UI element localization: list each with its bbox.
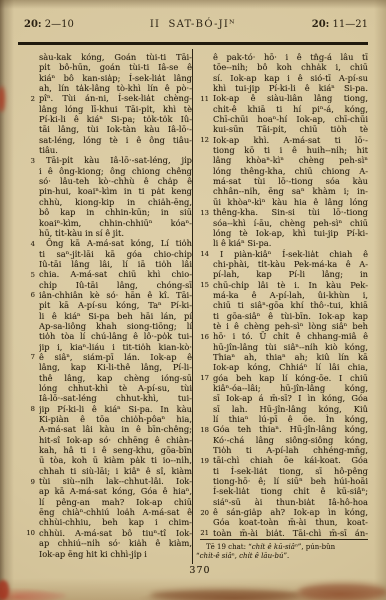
verse-text: tāi lâng, tùi Iok-tàn kàu Iâ-lō·- <box>39 124 192 134</box>
text-line: sī Iok-ap á m̄-sī? I ìn kóng, Góa <box>196 393 368 403</box>
verse-text: ti Í-sek-lia̍t tiong, sī hô-pêng <box>213 466 368 476</box>
text-line: sàu-kak kóng, Goán tùi-ti Tāi- <box>22 52 192 62</box>
verse-text: sī lah. Hū-jîn-lâng kóng, Kiû <box>213 404 368 414</box>
verse-text: Góa teh thiaⁿ. Hū-jîn-lâng kóng, <box>213 424 368 434</box>
verse-text: Pí-ki-li ê kiáⁿ Si-pa; to̍k-to̍k Iû- <box>39 114 192 124</box>
verse-number: 19 <box>196 456 209 466</box>
left-column: sàu-kak kóng, Goán tùi-ti Tāi-pi̍t bô-hū… <box>22 52 192 559</box>
verse-number: 11 <box>196 94 209 104</box>
text-line: kiáⁿ bô kan-sia̍p; Í-sek-lia̍t lâng <box>22 73 192 83</box>
paper-stain <box>298 583 386 600</box>
text-line: Tio̍h ti A-pí-lah chhéng-mn̄g, <box>196 445 368 455</box>
verse-text: lí thiaⁿ lú-pī ê ōe. Ìn kóng, <box>213 414 368 424</box>
text-line: jip i, kiaⁿ-liáu i tit-tio̍h kian-kò· <box>22 342 192 352</box>
verse-text: chi̍t-ê khiā ti hí piⁿ-á, kóng, <box>213 104 368 114</box>
verse-text: A-má-sat lâi kàu in ê bīn-chêng; <box>39 424 192 434</box>
verse-text: chhùi. A-má-sat bô tiuⁿ-tî Iok- <box>39 528 192 538</box>
verse-text: tiong kō ti i ê huih--ni̍h; hit <box>213 145 368 155</box>
right-column: ê pak-tó· hō· i ê tn̂g-á lâu tītōe--ni̍h… <box>196 52 368 538</box>
verse-text: li ê kiáⁿ Si-pa beh hāi lán, pí <box>39 311 192 321</box>
verse-number: 15 <box>196 280 209 290</box>
text-line: 15chū-chi̍p lâi tè i. In kàu Pek- <box>196 280 368 290</box>
text-line: pin-hui, koaiⁿ-kìm in ti pa̍t keng <box>22 186 192 196</box>
verse-text: jip Pí-ki-li ê kiáⁿ Si-pa. In kàu <box>39 404 192 414</box>
verse-text: i ê ông-kiong; ông chiong chêng <box>39 166 192 176</box>
verse-text: hū, ti̍t-kàu in sí ê ji̍t. <box>39 228 192 238</box>
verse-text: chhù, kiong-kip in chia̍h-ēng, <box>39 197 192 207</box>
verse-range-left: 20: 2—10 <box>24 19 74 30</box>
verse-text: Kó·-chá lâng siông-siông kóng, <box>213 435 368 445</box>
footnote-line: “chi̍t-ê siâⁿ, chi̍t ê lāu-bú”. <box>196 552 368 561</box>
verse-number: 5 <box>22 270 35 280</box>
text-line: tiâu. <box>22 145 192 155</box>
text-line: 11Iok-ap ê siàu-liân lâng tiong, <box>196 93 368 103</box>
text-line: hū-jîn-lâng tùi siâⁿ--ni̍h kiò kóng, <box>196 342 368 352</box>
text-line: 7ê siâⁿ, siám-pī lán. Iok-ap ê <box>22 352 192 362</box>
text-line: 6iân-chhiân kè só· hān ê kî. Tāi- <box>22 290 192 300</box>
verse-text: má-sat tùi lō·-tiong sóa kàu <box>213 176 368 186</box>
text-line: ap chhiú--ni̍h só· kia̍h ê kiàm, <box>22 538 192 548</box>
verse-text: koaiⁿ-kìm, chhin-chhiūⁿ kóaⁿ- <box>39 218 192 228</box>
verse-text: ū tòa, koh ū kiàm pa̍k ti io--ni̍h, <box>39 455 192 465</box>
text-line: ap kā A-má-sat kóng, Góa ê hiaⁿ, <box>22 486 192 496</box>
verse-text: Iû-tāi lâng lâi, lí iā tio̍h lâi <box>39 259 192 269</box>
text-line: Ki-piàn ê tōa chio̍h-pôaⁿ hia, <box>22 414 192 424</box>
text-line: khì tui-jip Pí-ki-li ê kiáⁿ Si-pa. <box>196 83 368 93</box>
verse-text: hū-jîn-lâng tùi siâⁿ--ni̍h kiò kóng, <box>213 342 368 352</box>
text-line: kiâⁿ-óa--lâi; hū-jîn-lâng kóng, <box>196 383 368 393</box>
verse-number: 12 <box>196 135 209 145</box>
verse-text: Chī-chūi hoaⁿ-hí Iok-ap, chī-chūi <box>213 114 368 124</box>
footnote: Tē 19 chat: “chi̍t ê kū-siâⁿ”, pún-bûn “… <box>196 543 368 561</box>
verse-text: sat-léng, lóng tè i ê ông tiâu- <box>39 135 192 145</box>
text-line: tāi lâng, tùi Iok-tàn kàu Iâ-lō·- <box>22 124 192 134</box>
text-line: siáⁿ-sū ài thun-bia̍t Iâ-hô-hoa <box>196 497 368 507</box>
verse-text: toàn m̄-ài bia̍t. Tāi-chì m̄-sī án- <box>213 528 368 538</box>
book-page: 20: 2—10 II SAT-BÓ-JIᴺ 20: 11—21 sàu-kak… <box>0 0 386 600</box>
text-line: lâng lóng lī-khui Tāi-pi̍t, khì tè <box>22 104 192 114</box>
text-line: Iâ-lō·-sat-léng chhut-khì, tui- <box>22 393 192 403</box>
text-line: 3Tāi-pi̍t kàu Iâ-lō·-sat-léng, ji̍p <box>22 155 192 165</box>
text-line: Í-sek-lia̍t tiong chi̍t ê kū-siâⁿ; <box>196 486 368 496</box>
chapter-number: 20: <box>24 19 42 30</box>
text-line: 13thêng-kha. Sin-si tùi lō·-tiong <box>196 207 368 217</box>
text-line: sī lah. Hū-jîn-lâng kóng, Kiû <box>196 404 368 414</box>
text-line: Iok-ap kóng, Chhiáⁿ lí lâi chia, <box>196 362 368 372</box>
verse-text: ūi khòaⁿ-kìⁿ kàu hia ê lâng lóng <box>213 197 368 207</box>
verse-text: Iok-ap khì. A-má-sat ti lō·- <box>213 135 368 145</box>
verse-text: ēng chiàⁿ-chhiú loa̍h A-má-sat ê <box>39 507 192 517</box>
text-line: pi̍t kā A-pí-su kóng, Taⁿ Pí-ki- <box>22 300 192 310</box>
verse-text: jip i, kiaⁿ-liáu i tit-tio̍h kian-kò· <box>39 342 192 352</box>
verse-number: 7 <box>22 352 35 362</box>
verse-text: Tāi-pi̍t kàu Iâ-lō·-sat-léng, ji̍p <box>39 155 192 165</box>
chapter-number: 20: <box>312 19 330 30</box>
text-line: chi̍p Iû-tāi lâng, chóng-sī <box>22 280 192 290</box>
footnote-text: Tē 19 chat: “ <box>206 543 252 551</box>
verse-number: 18 <box>196 425 209 435</box>
text-line: chiū ti siâⁿ-gōa khí thô·-tui, khiā <box>196 300 368 310</box>
text-line: 16hō· i tó. Ū chi̍t ê chhang-miâ ê <box>196 331 368 341</box>
verse-text: chiū ti siâⁿ-gōa khí thô·-tui, khiā <box>213 300 368 310</box>
text-line: 14I piàn-kiâⁿ Í-sek-lia̍t chiah ê <box>196 249 368 259</box>
verse-text: Í-sek-lia̍t tiong chi̍t ê kū-siâⁿ; <box>213 486 368 496</box>
text-line: thê lâng, kap chèng ióng-sū <box>22 373 192 383</box>
verse-text: ê sán-gia̍p ah? Iok-ap ìn kóng, <box>213 507 368 517</box>
verse-text: ê pak-tó· hō· i ê tn̂g-á lâu tī <box>213 52 368 62</box>
text-line: Ap-sa-liông khah siong-tiōng; lí <box>22 321 192 331</box>
verse-text: hit-sî Iok-ap só· chhēng ê chiàn- <box>39 435 192 445</box>
paper-stain <box>150 589 300 600</box>
text-line: chhah ti siù-lāi; i kiâⁿ ê sî, kiàm <box>22 466 192 476</box>
paper-stain <box>0 580 9 600</box>
text-line: 9tùi siù--ni̍h lak--chhut-lâi. Iok- <box>22 476 192 486</box>
text-line: Kó·-chá lâng siông-siông kóng, <box>196 435 368 445</box>
text-line: hū, ti̍t-kàu in sí ê ji̍t. <box>22 228 192 238</box>
verse-range-right: 20: 11—21 <box>312 19 368 30</box>
verse-text: lí pêng-an mah? Iok-ap chiū <box>39 497 192 507</box>
text-line: tè i ê chèng peh-sìⁿ lòng siâⁿ beh <box>196 321 368 331</box>
text-line: hit-sî Iok-ap só· chhēng ê chiàn- <box>22 435 192 445</box>
verse-text: pîⁿ. Tùi án-ni, Í-sek-lia̍t chèng- <box>39 93 192 103</box>
text-line: kah, hâ ti i ê seng-khu, gōa-bīn <box>22 445 192 455</box>
text-line: lâng khòaⁿ-kìⁿ chèng peh-sìⁿ <box>196 155 368 165</box>
page-number: 370 <box>0 565 386 576</box>
text-line: 8jip Pí-ki-li ê kiáⁿ Si-pa. In kàu <box>22 404 192 414</box>
text-line: li ê kiáⁿ Si-pa beh hāi lán, pí <box>22 311 192 321</box>
footnote-text: ”. <box>283 552 289 560</box>
text-line: só· lâu-teh kò·-chhù ê cha̍p ê <box>22 176 192 186</box>
text-line: lâng, kap Ki-li-thê lâng, Pí-li- <box>22 362 192 372</box>
text-line: A-má-sat lâi kàu in ê bīn-chêng; <box>22 424 192 434</box>
verse-text: lóng chhut-khì tè A-pí-su, tùi <box>39 383 192 393</box>
verse-text: tāi-chì chiah ōe kái-koat. Góa <box>213 455 368 465</box>
verse-text: pi̍t kā A-pí-su kóng, Taⁿ Pí-ki- <box>39 300 192 310</box>
footnote-rule <box>200 539 368 540</box>
footnote-quote: chi̍t ê kū-siâⁿ <box>252 543 298 551</box>
verse-text: thêng-kha. Sin-si tùi lō·-tiong <box>213 207 368 217</box>
verse-number: 2 <box>22 94 35 104</box>
verse-text: lâng, kap Ki-li-thê lâng, Pí-li- <box>39 362 192 372</box>
verse-text: má-ka ê A-pí-lah, ûi-khùn i, <box>213 290 368 300</box>
text-line: 2pîⁿ. Tùi án-ni, Í-sek-lia̍t chèng- <box>22 93 192 103</box>
verse-text: kui-sūn Tāi-pi̍t, chiū tio̍h tè <box>213 124 368 134</box>
paper-stain <box>0 86 5 112</box>
text-line: 21toàn m̄-ài bia̍t. Tāi-chì m̄-sī án- <box>196 528 368 538</box>
text-line: 19tāi-chì chiah ōe kái-koat. Góa <box>196 455 368 465</box>
text-line: 12Iok-ap khì. A-má-sat ti lō·- <box>196 135 368 145</box>
verse-text: Ap-sa-liông khah siong-tiōng; lí <box>39 321 192 331</box>
book-title: II SAT-BÓ-JIᴺ <box>150 19 236 30</box>
verse-text: só· lâu-teh kò·-chhù ê cha̍p ê <box>39 176 192 186</box>
verse-text: hō· i tó. Ū chi̍t ê chhang-miâ ê <box>213 331 368 341</box>
text-line: i ê ông-kiong; ông chiong chêng <box>22 166 192 176</box>
verse-text: Thiaⁿ ah, thiaⁿ ah; kiû lín kā <box>213 352 368 362</box>
paper-stain <box>14 592 66 600</box>
text-line: pi̍t bô-hūn, goán tùi-ti Iâ-se ê <box>22 62 192 72</box>
verse-text: li ê kiáⁿ Si-pa. <box>213 238 368 248</box>
verse-text: lóng tè Iok-ap, khì tui-jip Pí-ki- <box>213 228 368 238</box>
verse-text: ah, lín ta̍k-lâng tò-khì lín ê pò·- <box>39 83 192 93</box>
text-line: lóng chhut-khì tè A-pí-su, tùi <box>22 383 192 393</box>
text-line: ah, lín ta̍k-lâng tò-khì lín ê pò·- <box>22 83 192 93</box>
text-line: lóng thêng-kha, chiū chiong A- <box>196 166 368 176</box>
verse-text: ti saⁿ-ji̍t-lāi kā góa chio-chi̍p <box>39 249 192 259</box>
verse-text: kiâⁿ-óa--lâi; hū-jîn-lâng kóng, <box>213 383 368 393</box>
verse-number: 17 <box>196 373 209 383</box>
verse-number: 21 <box>196 528 209 538</box>
verse-text: tōe--ni̍h; bô koh chha̍k i, chiū <box>213 62 368 72</box>
text-line: 17góa beh kap lí kóng-ōe. I chiū <box>196 373 368 383</box>
text-line: tōe--ni̍h; bô koh chha̍k i, chiū <box>196 62 368 72</box>
text-line: Chī-chūi hoaⁿ-hí Iok-ap, chī-chūi <box>196 114 368 124</box>
verse-text: tio̍h tòa lí chú-lâng ê lô·-po̍k tui- <box>39 331 192 341</box>
text-line: ti saⁿ-ji̍t-lāi kā góa chio-chi̍p <box>22 249 192 259</box>
verse-text: tiong-hō· ê; lí siūⁿ beh húi-hoāi <box>213 476 368 486</box>
verse-number: 16 <box>196 332 209 342</box>
verse-text: lóng thêng-kha, chiū chiong A- <box>213 166 368 176</box>
verse-number: 6 <box>22 290 35 300</box>
verse-text: bô kap in chhin-kūn; in siū <box>39 207 192 217</box>
verse-text: sí. Iok-ap kap i ê sió-tī A-pí-su <box>213 73 368 83</box>
verse-number: 4 <box>22 239 35 249</box>
verse-text: chhùi-chhiu, beh kap i chim- <box>39 517 192 527</box>
verse-text: pin-hui, koaiⁿ-kìm in ti pa̍t keng <box>39 186 192 196</box>
verse-text: Tio̍h ti A-pí-lah chhéng-mn̄g, <box>213 445 368 455</box>
running-header: 20: 2—10 II SAT-BÓ-JIᴺ 20: 11—21 <box>24 19 368 30</box>
verse-text: tiâu. <box>39 145 192 155</box>
text-line: 4Ông kā A-má-sat kóng, Lí tio̍h <box>22 238 192 248</box>
verse-text: góa beh kap lí kóng-ōe. I chiū <box>213 373 368 383</box>
verse-text: Iâ-lō·-sat-léng chhut-khì, tui- <box>39 393 192 403</box>
text-line: chhùi-chhiu, beh kap i chim- <box>22 517 192 527</box>
verse-text: chū-chi̍p lâi tè i. In kàu Pek- <box>213 280 368 290</box>
text-line: li ê kiáⁿ Si-pa. <box>196 238 368 248</box>
text-line: koaiⁿ-kìm, chhin-chhiūⁿ kóaⁿ- <box>22 218 192 228</box>
text-line: 20ê sán-gia̍p ah? Iok-ap ìn kóng, <box>196 507 368 517</box>
text-line: ūi khòaⁿ-kìⁿ kàu hia ê lâng lóng <box>196 197 368 207</box>
text-line: bô kap in chhin-kūn; in siū <box>22 207 192 217</box>
verse-text: ti gōa-siâⁿ ê tùi-bīn. Iok-ap kap <box>213 311 368 321</box>
verse-text: kah, hâ ti i ê seng-khu, gōa-bīn <box>39 445 192 455</box>
text-line: tio̍h tòa lí chú-lâng ê lô·-po̍k tui- <box>22 331 192 341</box>
text-line: sí. Iok-ap kap i ê sió-tī A-pí-su <box>196 73 368 83</box>
footnote-quote: chi̍t-ê siâⁿ, chi̍t ê lāu-bú <box>200 552 284 560</box>
verse-text: tùi siù--ni̍h lak--chhut-lâi. Iok- <box>39 476 192 486</box>
text-line: ū tòa, koh ū kiàm pa̍k ti io--ni̍h, <box>22 455 192 465</box>
text-line: ti Í-sek-lia̍t tiong, sī hô-pêng <box>196 466 368 476</box>
text-line: 10chhùi. A-má-sat bô tiuⁿ-tî Iok- <box>22 528 192 538</box>
verse-text: iân-chhiân kè só· hān ê kî. Tāi- <box>39 290 192 300</box>
verse-text: chhân--ni̍h, ēng saⁿ khàm i; in- <box>213 186 368 196</box>
verse-number: 13 <box>196 208 209 218</box>
verse-text: Iok-ap ēng hit ki chhì-ji̍p i <box>39 549 192 559</box>
text-line: sat-léng, lóng tè i ê ông tiâu- <box>22 135 192 145</box>
verse-text: sàu-kak kóng, Goán tùi-ti Tāi- <box>39 52 192 62</box>
verse-range-left-text: 2—10 <box>42 19 74 30</box>
text-line: tiong kō ti i ê huih--ni̍h; hit <box>196 145 368 155</box>
text-line: Pí-ki-li ê kiáⁿ Si-pa; to̍k-to̍k Iû- <box>22 114 192 124</box>
text-line: lóng tè Iok-ap, khì tui-jip Pí-ki- <box>196 228 368 238</box>
verse-number: 3 <box>22 156 35 166</box>
footnote-text: ”, pún-bûn <box>298 543 335 551</box>
verse-text: ap kā A-má-sat kóng, Góa ê hiaⁿ, <box>39 486 192 496</box>
verse-text: khì tui-jip Pí-ki-li ê kiáⁿ Si-pa. <box>213 83 368 93</box>
verse-text: lâng khòaⁿ-kìⁿ chèng peh-sìⁿ <box>213 155 368 165</box>
text-line: Thiaⁿ ah, thiaⁿ ah; kiû lín kā <box>196 352 368 362</box>
verse-text: sóa--khì í-āu, chèng peh-sìⁿ chiū <box>213 218 368 228</box>
text-line: ti gōa-siâⁿ ê tùi-bīn. Iok-ap kap <box>196 311 368 321</box>
verse-text: Iok-ap ê siàu-liân lâng tiong, <box>213 93 368 103</box>
text-line: chhân--ni̍h, ēng saⁿ khàm i; in- <box>196 186 368 196</box>
verse-text: pí-lah, kap Pí-li lâng; in <box>213 269 368 279</box>
verse-text: pi̍t bô-hūn, goán tùi-ti Iâ-se ê <box>39 62 192 72</box>
verse-text: chia. A-má-sat chiū khì chio- <box>39 269 192 279</box>
text-line: 5chia. A-má-sat chiū khì chio- <box>22 269 192 279</box>
text-line: lí thiaⁿ lú-pī ê ōe. Ìn kóng, <box>196 414 368 424</box>
verse-text: sī Iok-ap á m̄-sī? I ìn kóng, Góa <box>213 393 368 403</box>
text-line: má-ka ê A-pí-lah, ûi-khùn i, <box>196 290 368 300</box>
verse-text: Góa koat-toàn m̄-ài thun, koat- <box>213 517 368 527</box>
text-line: Iok-ap ēng hit ki chhì-ji̍p i <box>22 549 192 559</box>
verse-range-right-text: 11—21 <box>329 19 368 30</box>
text-line: tiong-hō· ê; lí siūⁿ beh húi-hoāi <box>196 476 368 486</box>
verse-text: chi̍p Iû-tāi lâng, chóng-sī <box>39 280 192 290</box>
text-line: chhù, kiong-kip in chia̍h-ēng, <box>22 197 192 207</box>
text-line: pí-lah, kap Pí-li lâng; in <box>196 269 368 279</box>
verse-text: kiáⁿ bô kan-sia̍p; Í-sek-lia̍t lâng <box>39 73 192 83</box>
verse-number: 10 <box>22 528 35 538</box>
text-line: má-sat tùi lō·-tiong sóa kàu <box>196 176 368 186</box>
verse-number: 14 <box>196 249 209 259</box>
verse-number: 9 <box>22 477 35 487</box>
verse-text: Ông kā A-má-sat kóng, Lí tio̍h <box>39 238 192 248</box>
text-line: kui-sūn Tāi-pi̍t, chiū tio̍h tè <box>196 124 368 134</box>
verse-number: 20 <box>196 508 209 518</box>
verse-text: lâng lóng lī-khui Tāi-pi̍t, khì tè <box>39 104 192 114</box>
verse-text: chhah ti siù-lāi; i kiâⁿ ê sî, kiàm <box>39 466 192 476</box>
verse-text: ap chhiú--ni̍h só· kia̍h ê kiàm, <box>39 538 192 548</box>
verse-text: chi-phài, ti̍t-kàu Pek-má-ka ê A- <box>213 259 368 269</box>
verse-text: Ki-piàn ê tōa chio̍h-pôaⁿ hia, <box>39 414 192 424</box>
verse-text: siáⁿ-sū ài thun-bia̍t Iâ-hô-hoa <box>213 497 368 507</box>
text-line: sóa--khì í-āu, chèng peh-sìⁿ chiū <box>196 218 368 228</box>
verse-number: 8 <box>22 404 35 414</box>
text-line: 18Góa teh thiaⁿ. Hū-jîn-lâng kóng, <box>196 424 368 434</box>
text-line: chi̍t-ê khiā ti hí piⁿ-á, kóng, <box>196 104 368 114</box>
verse-text: I piàn-kiâⁿ Í-sek-lia̍t chiah ê <box>213 249 368 259</box>
text-line: Iû-tāi lâng lâi, lí iā tio̍h lâi <box>22 259 192 269</box>
text-line: lí pêng-an mah? Iok-ap chiū <box>22 497 192 507</box>
footnote-line: Tē 19 chat: “chi̍t ê kū-siâⁿ”, pún-bûn <box>196 543 368 552</box>
text-line: chi-phài, ti̍t-kàu Pek-má-ka ê A- <box>196 259 368 269</box>
verse-text: tè i ê chèng peh-sìⁿ lòng siâⁿ beh <box>213 321 368 331</box>
verse-text: Iok-ap kóng, Chhiáⁿ lí lâi chia, <box>213 362 368 372</box>
verse-text: thê lâng, kap chèng ióng-sū <box>39 373 192 383</box>
header-rule <box>18 42 368 45</box>
text-line: ēng chiàⁿ-chhiú loa̍h A-má-sat ê <box>22 507 192 517</box>
verse-text: ê siâⁿ, siám-pī lán. Iok-ap ê <box>39 352 192 362</box>
text-line: Góa koat-toàn m̄-ài thun, koat- <box>196 517 368 527</box>
text-line: ê pak-tó· hō· i ê tn̂g-á lâu tī <box>196 52 368 62</box>
